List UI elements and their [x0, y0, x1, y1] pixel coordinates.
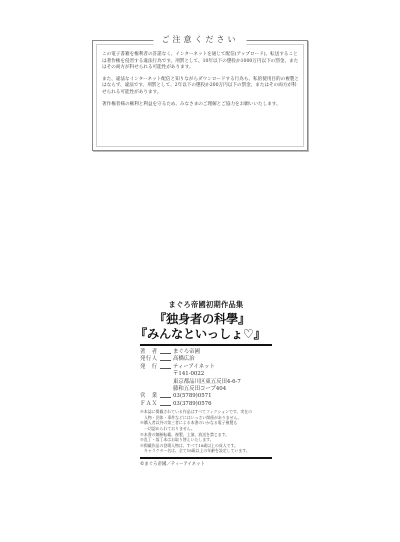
- credit-row-publisher-person: 発行人 高橋広治: [140, 356, 272, 363]
- divider-bottom: [140, 457, 272, 459]
- credit-label: 発 行: [140, 364, 159, 371]
- leader-dash: [159, 401, 173, 408]
- leader-dash: [159, 349, 173, 356]
- credit-value: 高橋広治: [173, 356, 272, 363]
- credit-label: ＦＡＸ: [140, 401, 159, 408]
- credit-value: 03(3789)0576: [173, 401, 272, 408]
- series-title: まぐろ帝國初期作品集: [140, 300, 272, 310]
- credit-row-sales-phone: 営 業 03(5789)0571: [140, 393, 272, 400]
- copyright-line: ©まぐろ帝國／ティーアイネット: [140, 461, 272, 467]
- credit-row-fax: ＦＡＸ 03(3789)0576: [140, 401, 272, 408]
- notice-title: ご注意ください: [154, 34, 247, 45]
- credit-value: 東京都品川区東五反田4-6-7: [173, 379, 272, 386]
- credit-label: 営 業: [140, 393, 159, 400]
- leader-dash: [159, 356, 173, 363]
- legal-notes: ※本誌に掲載されている作品はすべてフィクションです。実在の 人物・団体・事件など…: [140, 409, 272, 454]
- colophon: まぐろ帝國初期作品集 『独身者の科學』 『みんなといっしょ♡』 著 者 まぐろ帝…: [140, 300, 272, 467]
- book-title-1: 『独身者の科學』: [140, 312, 272, 327]
- notice-body: この電子書籍を権利者の許諾なく、インターネットを通じて配信(アップロード)、転送…: [102, 52, 299, 113]
- credit-row-author: 著 者 まぐろ帝國: [140, 349, 272, 356]
- credit-value: 03(5789)0571: [173, 393, 272, 400]
- credit-row-publisher: 発 行 ティーアイネット: [140, 364, 272, 371]
- book-title-2: 『みんなといっしょ♡』: [135, 327, 272, 342]
- leader-dash: [159, 364, 173, 371]
- notice-paragraph: この電子書籍を権利者の許諾なく、インターネットを通じて配信(アップロード)、転送…: [102, 52, 299, 72]
- note-line: キャラクター名は、全て18歳以上の年齢を設定しています。: [140, 448, 272, 454]
- notice-paragraph: 著作権者様の権利と利益を守るため、みなさまのご理解とご協力をお願いいたします。: [102, 102, 299, 109]
- copyright-notice-box: ご注意ください この電子書籍を権利者の許諾なく、インターネットを通じて配信(アッ…: [92, 40, 308, 151]
- credit-value: 〒141-0022: [173, 371, 272, 378]
- credit-label: 発行人: [140, 356, 159, 363]
- address-postal-code: 〒141-0022: [140, 371, 272, 378]
- notice-paragraph: また、違法なインターネット配信と知りながらダウンロードする行為も、私的使用目的の…: [102, 77, 299, 97]
- address-line-1: 東京都品川区東五反田4-6-7: [140, 379, 272, 386]
- divider-top: [140, 344, 272, 346]
- leader-dash: [159, 393, 173, 400]
